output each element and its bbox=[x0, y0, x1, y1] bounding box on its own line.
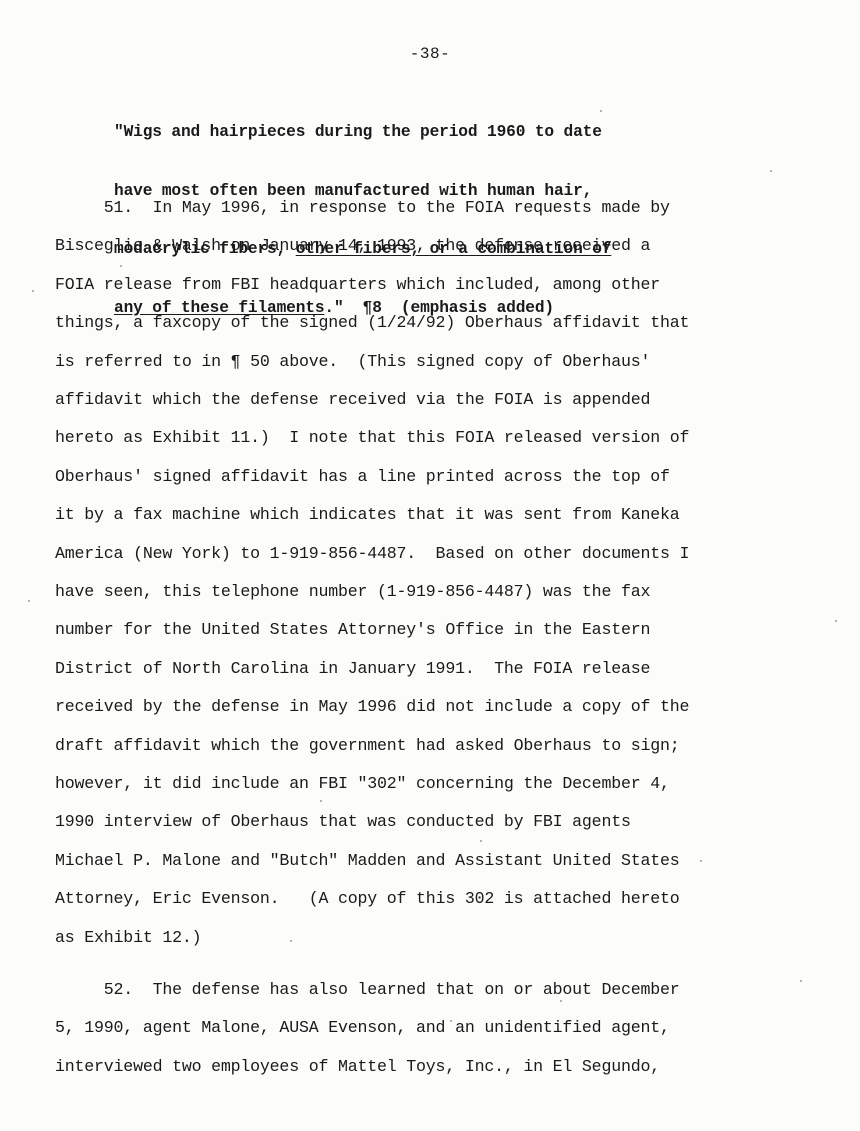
text-line: it by a fax machine which indicates that… bbox=[55, 505, 680, 524]
text-line: America (New York) to 1-919-856-4487. Ba… bbox=[55, 544, 689, 563]
text-line: Oberhaus' signed affidavit has a line pr… bbox=[55, 467, 670, 486]
text-line: 52. The defense has also learned that on… bbox=[55, 980, 680, 999]
text-line: received by the defense in May 1996 did … bbox=[55, 697, 689, 716]
quote-text: "Wigs and hairpieces during the period 1… bbox=[114, 123, 602, 141]
text-line: FOIA release from FBI headquarters which… bbox=[55, 275, 660, 294]
text-line: Bisceglie & Walsh on January 14, 1993, t… bbox=[55, 236, 650, 255]
text-line: number for the United States Attorney's … bbox=[55, 620, 650, 639]
scan-speck bbox=[835, 620, 837, 622]
text-line: have seen, this telephone number (1-919-… bbox=[55, 582, 650, 601]
text-line: draft affidavit which the government had… bbox=[55, 736, 680, 755]
quote-text: have most often been manufactured with h… bbox=[114, 182, 592, 200]
text-line: is referred to in ¶ 50 above. (This sign… bbox=[55, 352, 650, 371]
text-line: affidavit which the defense received via… bbox=[55, 390, 650, 409]
quote-line: "Wigs and hairpieces during the period 1… bbox=[114, 123, 734, 143]
text-line: however, it did include an FBI "302" con… bbox=[55, 774, 670, 793]
text-line: 51. In May 1996, in response to the FOIA… bbox=[55, 198, 670, 217]
text-line: as Exhibit 12.) bbox=[55, 928, 201, 947]
scan-speck bbox=[290, 940, 292, 942]
text-line: 5, 1990, agent Malone, AUSA Evenson, and… bbox=[55, 1018, 670, 1037]
text-line: things, a faxcopy of the signed (1/24/92… bbox=[55, 313, 689, 332]
text-line: interviewed two employees of Mattel Toys… bbox=[55, 1057, 660, 1076]
text-line: Michael P. Malone and "Butch" Madden and… bbox=[55, 851, 680, 870]
text-line: District of North Carolina in January 19… bbox=[55, 659, 650, 678]
scan-speck bbox=[800, 980, 802, 982]
text-line: hereto as Exhibit 11.) I note that this … bbox=[55, 428, 689, 447]
scan-speck bbox=[28, 600, 30, 602]
scan-speck bbox=[120, 265, 122, 267]
page-number: -38- bbox=[0, 45, 860, 63]
text-line: 1990 interview of Oberhaus that was cond… bbox=[55, 812, 631, 831]
scan-speck bbox=[450, 1020, 452, 1022]
scan-speck bbox=[700, 860, 702, 862]
scan-speck bbox=[320, 800, 322, 802]
scan-speck bbox=[600, 110, 602, 112]
scan-speck bbox=[480, 840, 482, 842]
scan-speck bbox=[32, 290, 34, 292]
scan-speck bbox=[770, 170, 772, 172]
scan-speck bbox=[560, 1000, 562, 1002]
document-page: -38- "Wigs and hairpieces during the per… bbox=[0, 0, 860, 1131]
text-line: Attorney, Eric Evenson. (A copy of this … bbox=[55, 889, 680, 908]
